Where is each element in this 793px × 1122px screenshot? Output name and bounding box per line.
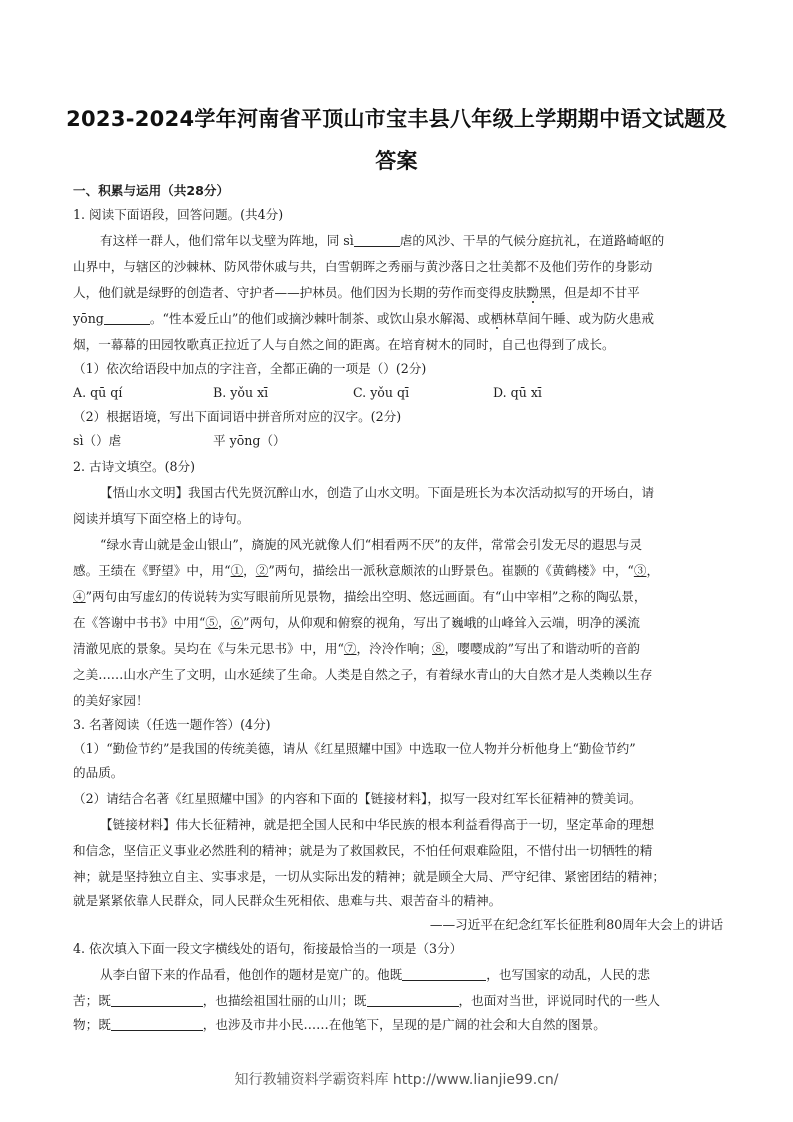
option-b[interactable]: B. yǒu xī — [213, 381, 353, 405]
question-1-passage-line: 有这样一群人，他们常年以戈壁为阵地，同 sì虐的风沙、干旱的气候分庭抗礼，在道路… — [100, 229, 750, 253]
question-3-sub-1: （1）“勤俭节约”是我国的传统美德，请从《红星照耀中国》中选取一位人物并分析他身… — [73, 737, 723, 761]
blank-marker-1[interactable]: ① — [231, 563, 244, 578]
text: ，泠泠作响； — [357, 641, 433, 656]
text: ， — [243, 563, 256, 578]
text: 从李白留下来的作品看，他创作的题材是宽广的。他既 — [100, 967, 402, 982]
text: ，也写国家的动乱，人民的悲 — [486, 967, 650, 982]
question-1-passage-line: 人，他们就是绿野的创造者、守护者——护林员。他们因为长期的劳作而变得皮肤黝黑，但… — [73, 281, 723, 305]
question-2-passage-line: 清澈见底的景象。吴均在《与朱元思书》中，用“⑦，泠泠作响；⑧，嘤嘤成韵”写出了和… — [73, 637, 723, 661]
question-2-heading: 2. 古诗文填空。(8分) — [73, 455, 723, 479]
text: 虐的风沙、干旱的气候分庭抗礼，在道路崎岖的 — [400, 233, 664, 248]
question-1-sub-2: （2）根据语境，写出下面词语中拼音所对应的汉字。(2分) — [73, 405, 723, 429]
link-material-line: 和信念，坚信正义事业必然胜利的精神；就是为了救国救民，不怕任何艰难险阻，不惜付出… — [73, 839, 723, 863]
question-3-sub-2: （2）请结合名著《红星照耀中国》的内容和下面的【链接材料】，拟写一段对红军长征精… — [73, 787, 723, 811]
question-4-passage-line: 物；既，也涉及市井小民……在他笔下，呈现的是广阔的社会和大自然的图景。 — [73, 1013, 723, 1037]
question-1-options: A. qū qíB. yǒu xīC. yǒu qīD. qū xī — [73, 381, 723, 405]
text: ”两句，从仰观和俯察的视角，写出了巍峨的山峰耸入云端，明净的溪流 — [243, 615, 640, 630]
text: 林草间午睡、或为防火患戒 — [503, 311, 654, 326]
question-4-passage-line: 从李白留下来的作品看，他创作的题材是宽广的。他既，也写国家的动乱，人民的悲 — [100, 963, 750, 987]
text: 苦；既 — [73, 993, 111, 1008]
question-2-intro-line: 【悟山水文明】我国古代先贤沉醉山水，创造了山水文明。下面是班长为本次活动拟写的开… — [100, 481, 750, 505]
answer-slot[interactable]: 平 yōng（） — [213, 433, 286, 448]
fill-blank-1[interactable] — [402, 966, 486, 981]
link-material-line: 神；就是坚持独立自主、实事求是，一切从实际出发的精神；就是顾全大局、严守纪律、紧… — [73, 865, 723, 889]
text: 在《答谢中书书》中用“ — [73, 615, 205, 630]
text: ，也面对当世，评说同时代的一些人 — [459, 993, 661, 1008]
question-2-passage-line: 感。王绩在《野望》中，用“①，②”两句，描绘出一派秋意颇浓的山野景色。崔颢的《黄… — [73, 559, 723, 583]
document-title: 2023-2024学年河南省平顶山市宝丰县八年级上学期期中语文试题及 — [60, 103, 733, 133]
blank-marker-5[interactable]: ⑤ — [205, 615, 218, 630]
blank-marker-6[interactable]: ⑥ — [231, 615, 244, 630]
question-1-heading: 1. 阅读下面语段，回答问题。(共4分) — [73, 203, 723, 227]
option-c[interactable]: C. yǒu qī — [353, 381, 493, 405]
text: ， — [646, 563, 659, 578]
fill-blank-3[interactable] — [367, 992, 459, 1007]
quote-source: ——习近平在纪念红军长征胜利80周年大会上的讲话 — [430, 913, 723, 937]
fill-blank-2[interactable] — [111, 992, 203, 1007]
blank-marker-8[interactable]: ⑧ — [432, 641, 445, 656]
text: 。“性本爱丘山”的他们或摘沙棘叶制茶、或饮山泉水解渴、或 — [150, 311, 490, 326]
fill-blank-4[interactable] — [111, 1016, 203, 1031]
text: 黑，但是却不甘平 — [539, 285, 640, 300]
question-3-heading: 3. 名著阅读（任选一题作答）(4分) — [73, 713, 723, 737]
blank-marker-3[interactable]: ③ — [634, 563, 647, 578]
question-2-passage-line: 的美好家园！ — [73, 689, 723, 713]
question-2-passage-line: ④”两句由写虚幻的传说转为实写眼前所见景物，描绘出空明、悠远画面。有“山中宰相”… — [73, 585, 723, 609]
question-1-sub-1: （1）依次给语段中加点的字注音，全都正确的一项是（）(2分) — [73, 357, 723, 381]
option-d[interactable]: D. qū xī — [493, 381, 633, 405]
question-2-passage-line: “绿水青山就是金山银山”，旖旎的风光就像人们“相看两不厌”的友伴，常常会引发无尽… — [100, 533, 750, 557]
question-1-sub-2-answers: sì（）虐平 yōng（） — [73, 429, 723, 453]
link-material-line: 就是紧紧依靠人民群众，同人民群众生死相依、患难与共、艰苦奋斗的精神。 — [73, 889, 723, 913]
exam-page: 2023-2024学年河南省平顶山市宝丰县八年级上学期期中语文试题及 答案 一、… — [0, 0, 793, 1122]
watermark-footer: 知行教辅资料学霸资料库 http://www.lianjie99.cn/ — [0, 1069, 793, 1089]
text: ”两句，描绘出一派秋意颇浓的山野景色。崔颢的《黄鹤楼》中，“ — [268, 563, 634, 578]
question-2-passage-line: 之美……山水产生了文明，山水延续了生命。人类是自然之子，有着绿水青山的大自然才是… — [73, 663, 723, 687]
dotted-character: 黝 — [526, 285, 539, 300]
question-4-passage-line: 苦；既，也描绘祖国壮丽的山川；既，也面对当世，评说同时代的一些人 — [73, 989, 723, 1013]
option-a[interactable]: A. qū qí — [73, 381, 213, 405]
text: 物；既 — [73, 1017, 111, 1032]
section-heading: 一、积累与运用（共28分） — [73, 179, 723, 203]
blank-marker-2[interactable]: ② — [256, 563, 269, 578]
question-3-sub-1-cont: 的品质。 — [73, 761, 723, 785]
text: ，也描绘祖国壮丽的山川；既 — [203, 993, 367, 1008]
text: ，也涉及市井小民……在他笔下，呈现的是广阔的社会和大自然的图景。 — [203, 1017, 606, 1032]
text: yōng — [73, 311, 104, 326]
answer-slot[interactable]: sì（）虐 — [73, 429, 213, 453]
fill-blank[interactable] — [104, 310, 150, 325]
text: ”两句由写虚幻的传说转为实写眼前所见景物，描绘出空明、悠远画面。有“山中宰相”之… — [86, 589, 647, 604]
document-title-continued: 答案 — [60, 145, 733, 175]
question-1-passage-line: 山界中，与辖区的沙棘林、防风带休戚与共，白雪朝晖之秀丽与黄沙落日之壮美都不及他们… — [73, 255, 723, 279]
blank-marker-4[interactable]: ④ — [73, 589, 86, 604]
text: ， — [218, 615, 231, 630]
question-1-passage-line: 烟，一幕幕的田园牧歌真正拉近了人与自然之间的距离。在培育树木的同时，自己也得到了… — [73, 333, 723, 357]
blank-marker-7[interactable]: ⑦ — [344, 641, 357, 656]
link-material-line: 【链接材料】伟大长征精神，就是把全国人民和中华民族的根本利益看得高于一切，坚定革… — [100, 813, 750, 837]
text: 感。王绩在《野望》中，用“ — [73, 563, 231, 578]
question-1-passage-line: yōng。“性本爱丘山”的他们或摘沙棘叶制茶、或饮山泉水解渴、或栖林草间午睡、或… — [73, 307, 723, 331]
text: 清澈见底的景象。吴均在《与朱元思书》中，用“ — [73, 641, 344, 656]
question-2-intro-line: 阅读并填写下面空格上的诗句。 — [73, 507, 723, 531]
fill-blank[interactable] — [354, 232, 400, 247]
text: 人，他们就是绿野的创造者、守护者——护林员。他们因为长期的劳作而变得皮肤 — [73, 285, 526, 300]
text: 有这样一群人，他们常年以戈壁为阵地，同 sì — [100, 233, 354, 248]
dotted-character: 栖 — [490, 311, 503, 326]
question-4-heading: 4. 依次填入下面一段文字横线处的语句，衔接最恰当的一项是（3分） — [73, 937, 723, 961]
question-2-passage-line: 在《答谢中书书》中用“⑤，⑥”两句，从仰观和俯察的视角，写出了巍峨的山峰耸入云端… — [73, 611, 723, 635]
text: ，嘤嘤成韵”写出了和谐动听的音韵 — [445, 641, 640, 656]
